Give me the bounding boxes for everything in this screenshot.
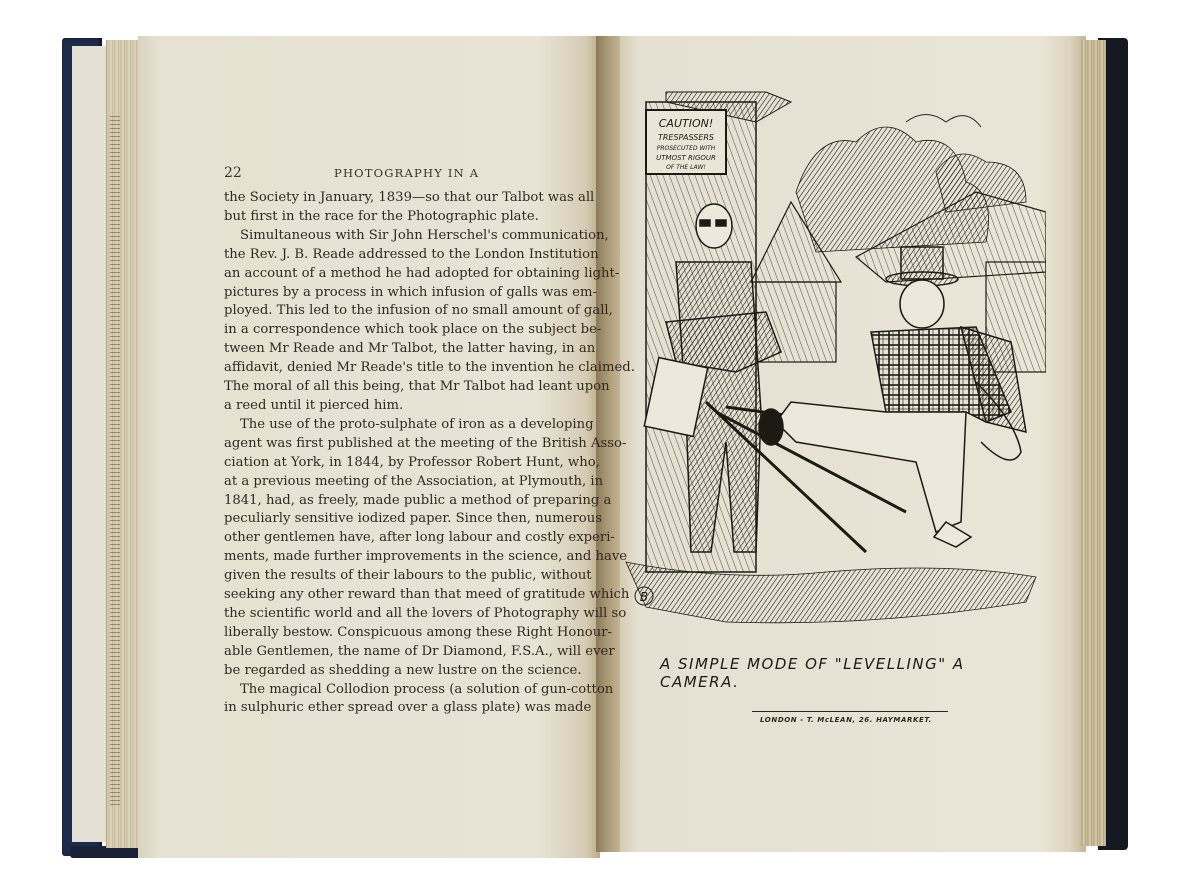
text-line: ments, made further improvements in the …	[224, 548, 574, 567]
text-line: The use of the proto-sulphate of iron as…	[224, 416, 574, 435]
text-line: affidavit, denied Mr Reade's title to th…	[224, 359, 574, 378]
svg-text:B: B	[640, 590, 648, 604]
text-line: other gentlemen have, after long labour …	[224, 529, 574, 548]
text-line: an account of a method he had adopted fo…	[224, 265, 574, 284]
text-line: a reed until it pierced him.	[224, 397, 574, 416]
text-line: ployed. This led to the infusion of no s…	[224, 302, 574, 321]
text-line: the Rev. J. B. Reade addressed to the Lo…	[224, 246, 574, 265]
text-line: seeking any other reward than that meed …	[224, 586, 574, 605]
text-line: in sulphuric ether spread over a glass p…	[224, 699, 574, 718]
svg-text:UTMOST RIGOUR: UTMOST RIGOUR	[656, 154, 716, 162]
engraving-illustration: CAUTION! TRESPASSERS PROSECUTED WITH UTM…	[616, 82, 1046, 630]
body-text: the Society in January, 1839—so that our…	[224, 189, 574, 718]
caption-rule	[752, 711, 948, 712]
text-line: liberally bestow. Conspicuous among thes…	[224, 624, 574, 643]
page-edge-marks	[110, 115, 120, 805]
text-line: peculiarly sensitive iodized paper. Sinc…	[224, 510, 574, 529]
publisher-imprint: LONDON - T. McLEAN, 26. HAYMARKET.	[760, 716, 932, 724]
text-line: ciation at York, in 1844, by Professor R…	[224, 454, 574, 473]
page-header: 22 PHOTOGRAPHY IN A	[224, 165, 574, 183]
page-number: 22	[224, 165, 242, 181]
text-line: at a previous meeting of the Association…	[224, 473, 574, 492]
text-line: be regarded as shedding a new lustre on …	[224, 662, 574, 681]
text-line: tween Mr Reade and Mr Talbot, the latter…	[224, 340, 574, 359]
text-line: the Society in January, 1839—so that our…	[224, 189, 574, 208]
text-line: the scientific world and all the lovers …	[224, 605, 574, 624]
text-line: able Gentlemen, the name of Dr Diamond, …	[224, 643, 574, 662]
caution-sign: CAUTION! TRESPASSERS PROSECUTED WITH UTM…	[646, 110, 726, 174]
text-line: The magical Collodion process (a solutio…	[224, 681, 574, 700]
text-line: Simultaneous with Sir John Herschel's co…	[224, 227, 574, 246]
text-line: agent was first published at the meeting…	[224, 435, 574, 454]
svg-text:OF THE LAW!: OF THE LAW!	[666, 164, 706, 171]
text-line: but first in the race for the Photograph…	[224, 208, 574, 227]
svg-text:PROSECUTED WITH: PROSECUTED WITH	[657, 145, 716, 152]
illustration-caption: A SIMPLE MODE OF "LEVELLING" A CAMERA.	[660, 655, 1040, 691]
svg-text:TRESPASSERS: TRESPASSERS	[658, 133, 714, 142]
svg-text:CAUTION!: CAUTION!	[659, 117, 714, 130]
text-line: 1841, had, as freely, made public a meth…	[224, 492, 574, 511]
text-line: The moral of all this being, that Mr Tal…	[224, 378, 574, 397]
text-line: pictures by a process in which infusion …	[224, 284, 574, 303]
running-head: PHOTOGRAPHY IN A	[334, 166, 479, 180]
page-edges-right	[1080, 40, 1106, 846]
text-line: given the results of their labours to th…	[224, 567, 574, 586]
text-line: in a correspondence which took place on …	[224, 321, 574, 340]
